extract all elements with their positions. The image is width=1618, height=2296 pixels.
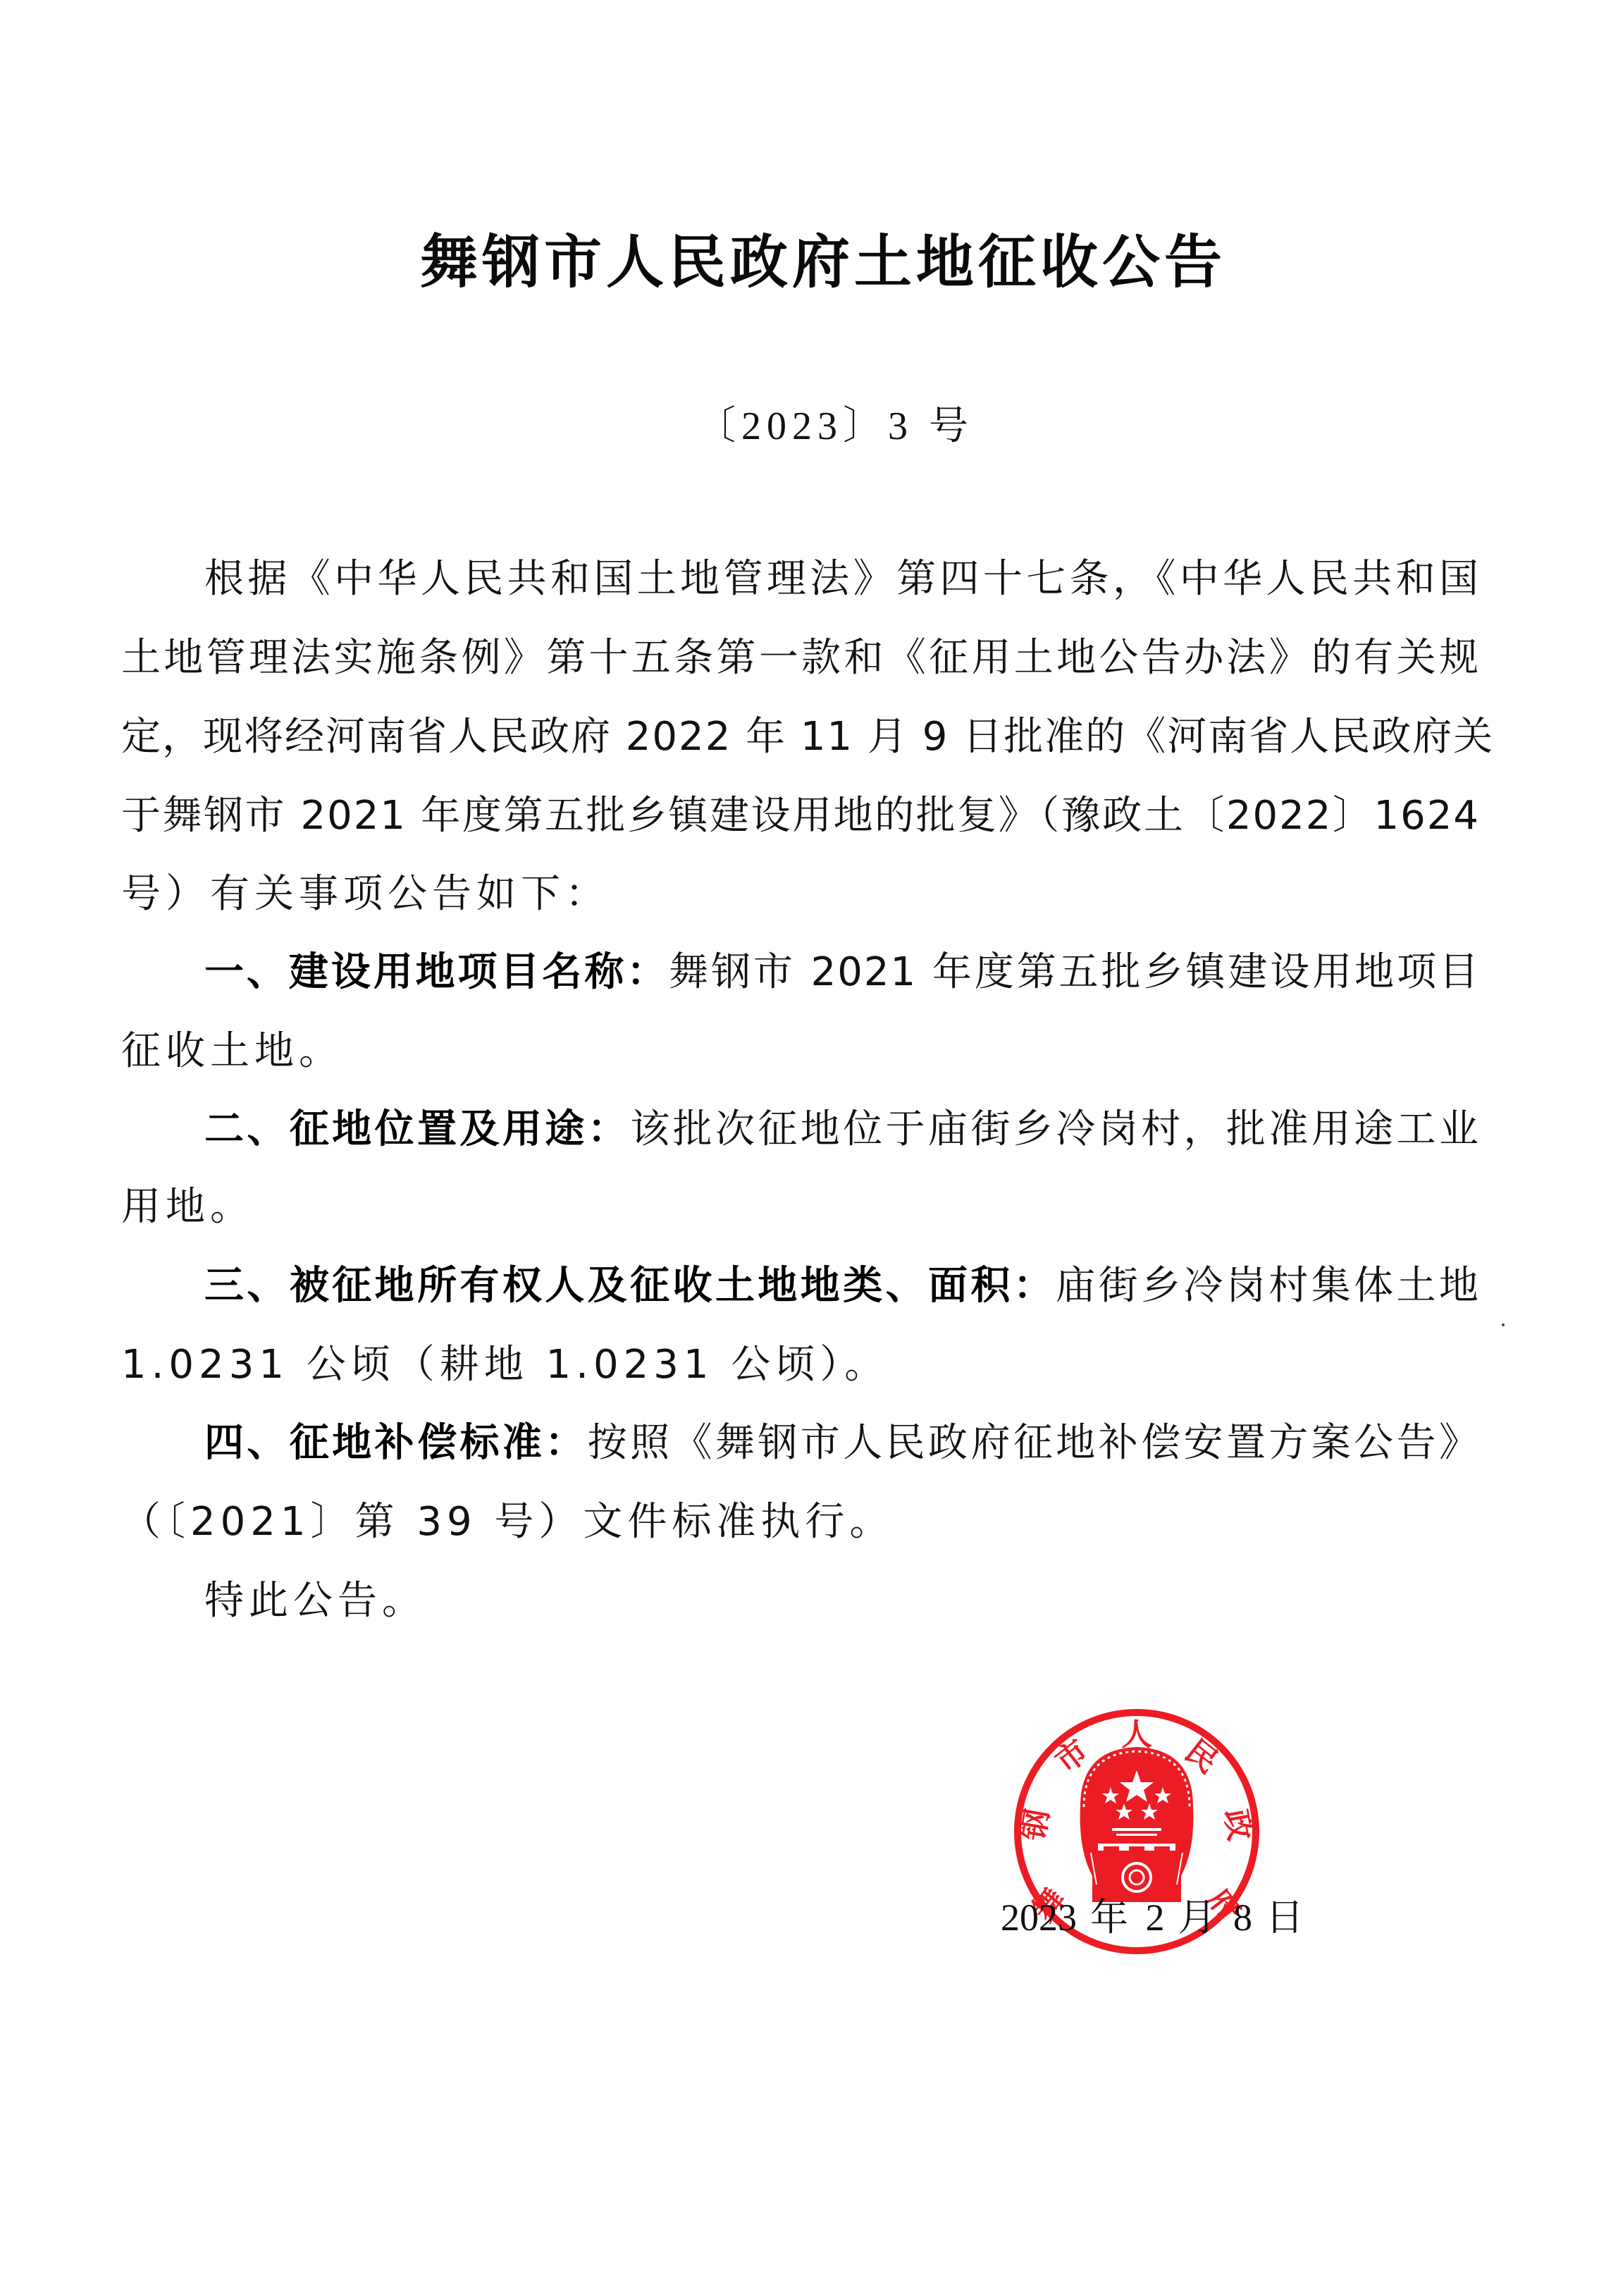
section-3-line-1: 三、被征地所有权人及征收土地地类、面积：庙街乡冷岗村集体土地: [204, 1261, 1480, 1311]
section-1-line-2: 征收土地。: [121, 1026, 1480, 1077]
section-2-line-2: 用地。: [121, 1182, 1480, 1233]
closing-statement: 特此公告。: [204, 1576, 1480, 1627]
seal-ring-char-4: 人: [1121, 1717, 1152, 1753]
section-1-line-1: 一、建设用地项目名称：舞钢市 2021 年度第五批乡镇建设用地项目: [204, 947, 1480, 998]
preamble-line-4: 于舞钢市 2021 年度第五批乡镇建设用地的批复》（豫政土〔2022〕1624: [121, 791, 1480, 841]
page-title: 舞钢市人民政府土地征收公告: [420, 227, 1188, 297]
preamble-line-3: 定，现将经河南省人民政府 2022 年 11 月 9 日批准的《河南省人民政府关: [121, 712, 1480, 763]
scan-speck: [1502, 1323, 1505, 1326]
document-page: 舞钢市人民政府土地征收公告 〔2023〕3 号 根据《中华人民共和国土地管理法》…: [0, 0, 1618, 2296]
section-3-heading: 三、被征地所有权人及征收土地地类、面积：: [204, 1263, 1056, 1309]
document-number: 〔2023〕3 号: [696, 402, 922, 451]
section-4-line-1: 四、征地补偿标准：按照《舞钢市人民政府征地补偿安置方案公告》: [204, 1418, 1480, 1469]
section-4-body: 按照《舞钢市人民政府征地补偿安置方案公告》: [588, 1420, 1480, 1466]
issue-date: 2023 年 2 月 8 日: [1001, 1894, 1304, 1941]
section-2-body: 该批次征地位于庙街乡冷岗村，批准用途工业: [630, 1106, 1480, 1152]
section-3-line-2: 1.0231 公顷（耕地 1.0231 公顷）。: [121, 1340, 1480, 1390]
preamble-line-2: 土地管理法实施条例》第十五条第一款和《征用土地公告办法》的有关规: [121, 633, 1480, 684]
section-4-heading: 四、征地补偿标准：: [204, 1420, 588, 1466]
seal-ring-char-2: 钢: [1015, 1806, 1056, 1843]
preamble-line-5: 号）有关事项公告如下：: [121, 869, 1480, 920]
section-2-line-1: 二、征地位置及用途：该批次征地位于庙街乡冷岗村，批准用途工业: [204, 1104, 1480, 1155]
section-4-line-2: （〔2021〕第 39 号）文件标准执行。: [121, 1497, 1480, 1548]
section-1-body: 舞钢市 2021 年度第五批乡镇建设用地项目: [669, 949, 1480, 995]
section-3-body: 庙街乡冷岗村集体土地: [1056, 1263, 1480, 1309]
section-1-heading: 一、建设用地项目名称：: [204, 949, 669, 995]
seal-ring-char-6: 政: [1217, 1806, 1258, 1843]
preamble-line-1: 根据《中华人民共和国土地管理法》第四十七条，《中华人民共和国: [204, 554, 1480, 605]
section-2-heading: 二、征地位置及用途：: [204, 1106, 630, 1152]
